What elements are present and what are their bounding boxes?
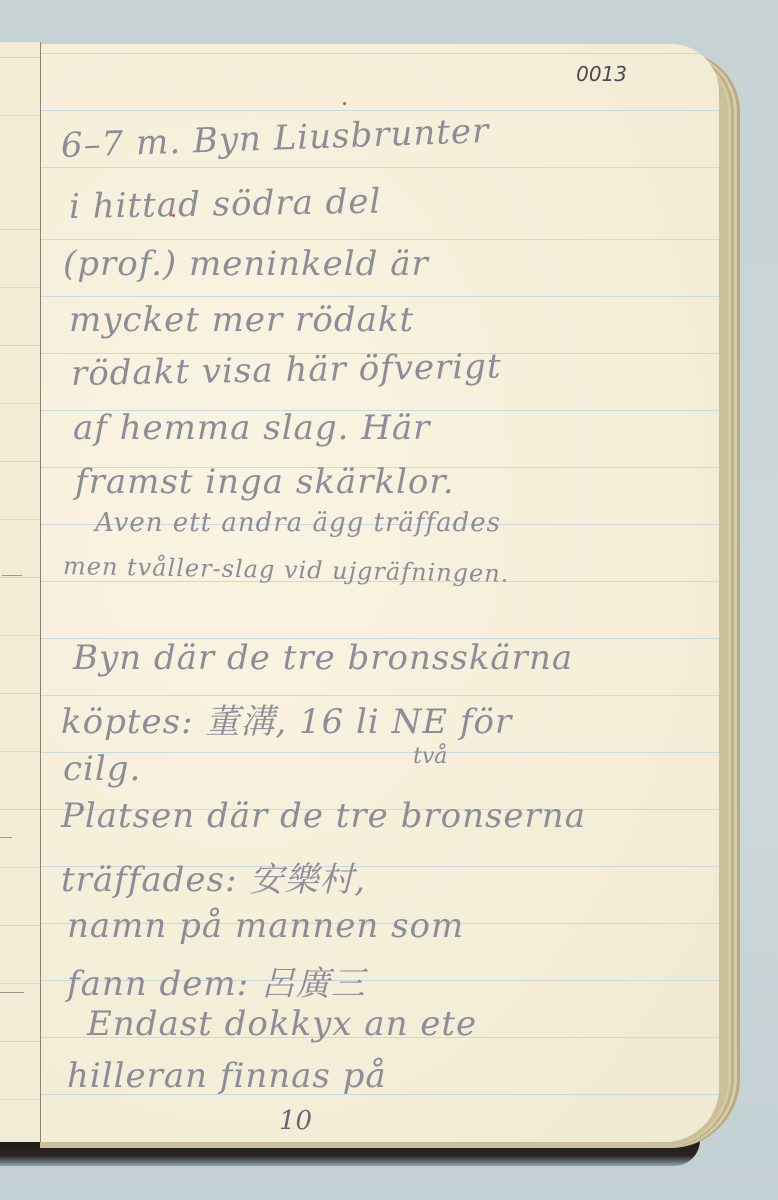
handwritten-line: köptes: 董溝, 16 li NE för: [61, 694, 512, 743]
notebook-page: 0013 6–7 m. Byn Liusbrunter i hittad söd…: [41, 44, 719, 1142]
handwritten-line: träffades: 安樂村,: [61, 852, 366, 901]
handwritten-line: i hittad södra del: [69, 182, 382, 227]
handwriting: 6–7 m. Byn Liusbrunter i hittad södra de…: [41, 44, 719, 1142]
pencil-mark: [0, 992, 24, 993]
page-number: 10: [279, 1106, 312, 1136]
pencil-mark: [2, 575, 22, 576]
handwritten-line: Aven ett andra ägg träffades: [95, 508, 501, 538]
handwritten-line: fann dem: 呂廣三: [67, 956, 366, 1005]
handwritten-line: men tvåller-slag vid ujgräfningen.: [63, 552, 510, 588]
handwritten-line: namn på mannen som: [67, 906, 464, 946]
inserted-word: två: [413, 744, 447, 769]
handwritten-line: rödakt visa här öfverigt: [71, 346, 502, 394]
pencil-mark: [0, 837, 12, 838]
handwritten-line: mycket mer rödakt: [69, 300, 414, 340]
handwritten-line: 6–7 m. Byn Liusbrunter: [60, 111, 490, 166]
handwritten-line: hilleran finnas på: [67, 1056, 387, 1096]
red-speck: [172, 214, 175, 217]
handwritten-line: Byn där de tre bronsskärna: [73, 638, 573, 678]
handwritten-line: af hemma slag. Här: [73, 408, 430, 448]
handwritten-line: Platsen där de tre bronserna: [61, 796, 586, 836]
handwritten-line: cilg.: [63, 749, 141, 789]
handwritten-line: framst inga skärklor.: [75, 462, 455, 502]
handwritten-line: (prof.) meninkeld är: [63, 244, 429, 284]
previous-page-marks: [0, 42, 40, 1142]
red-speck: [343, 102, 346, 105]
handwritten-line: Endast dokkyx an ete: [87, 1004, 477, 1044]
